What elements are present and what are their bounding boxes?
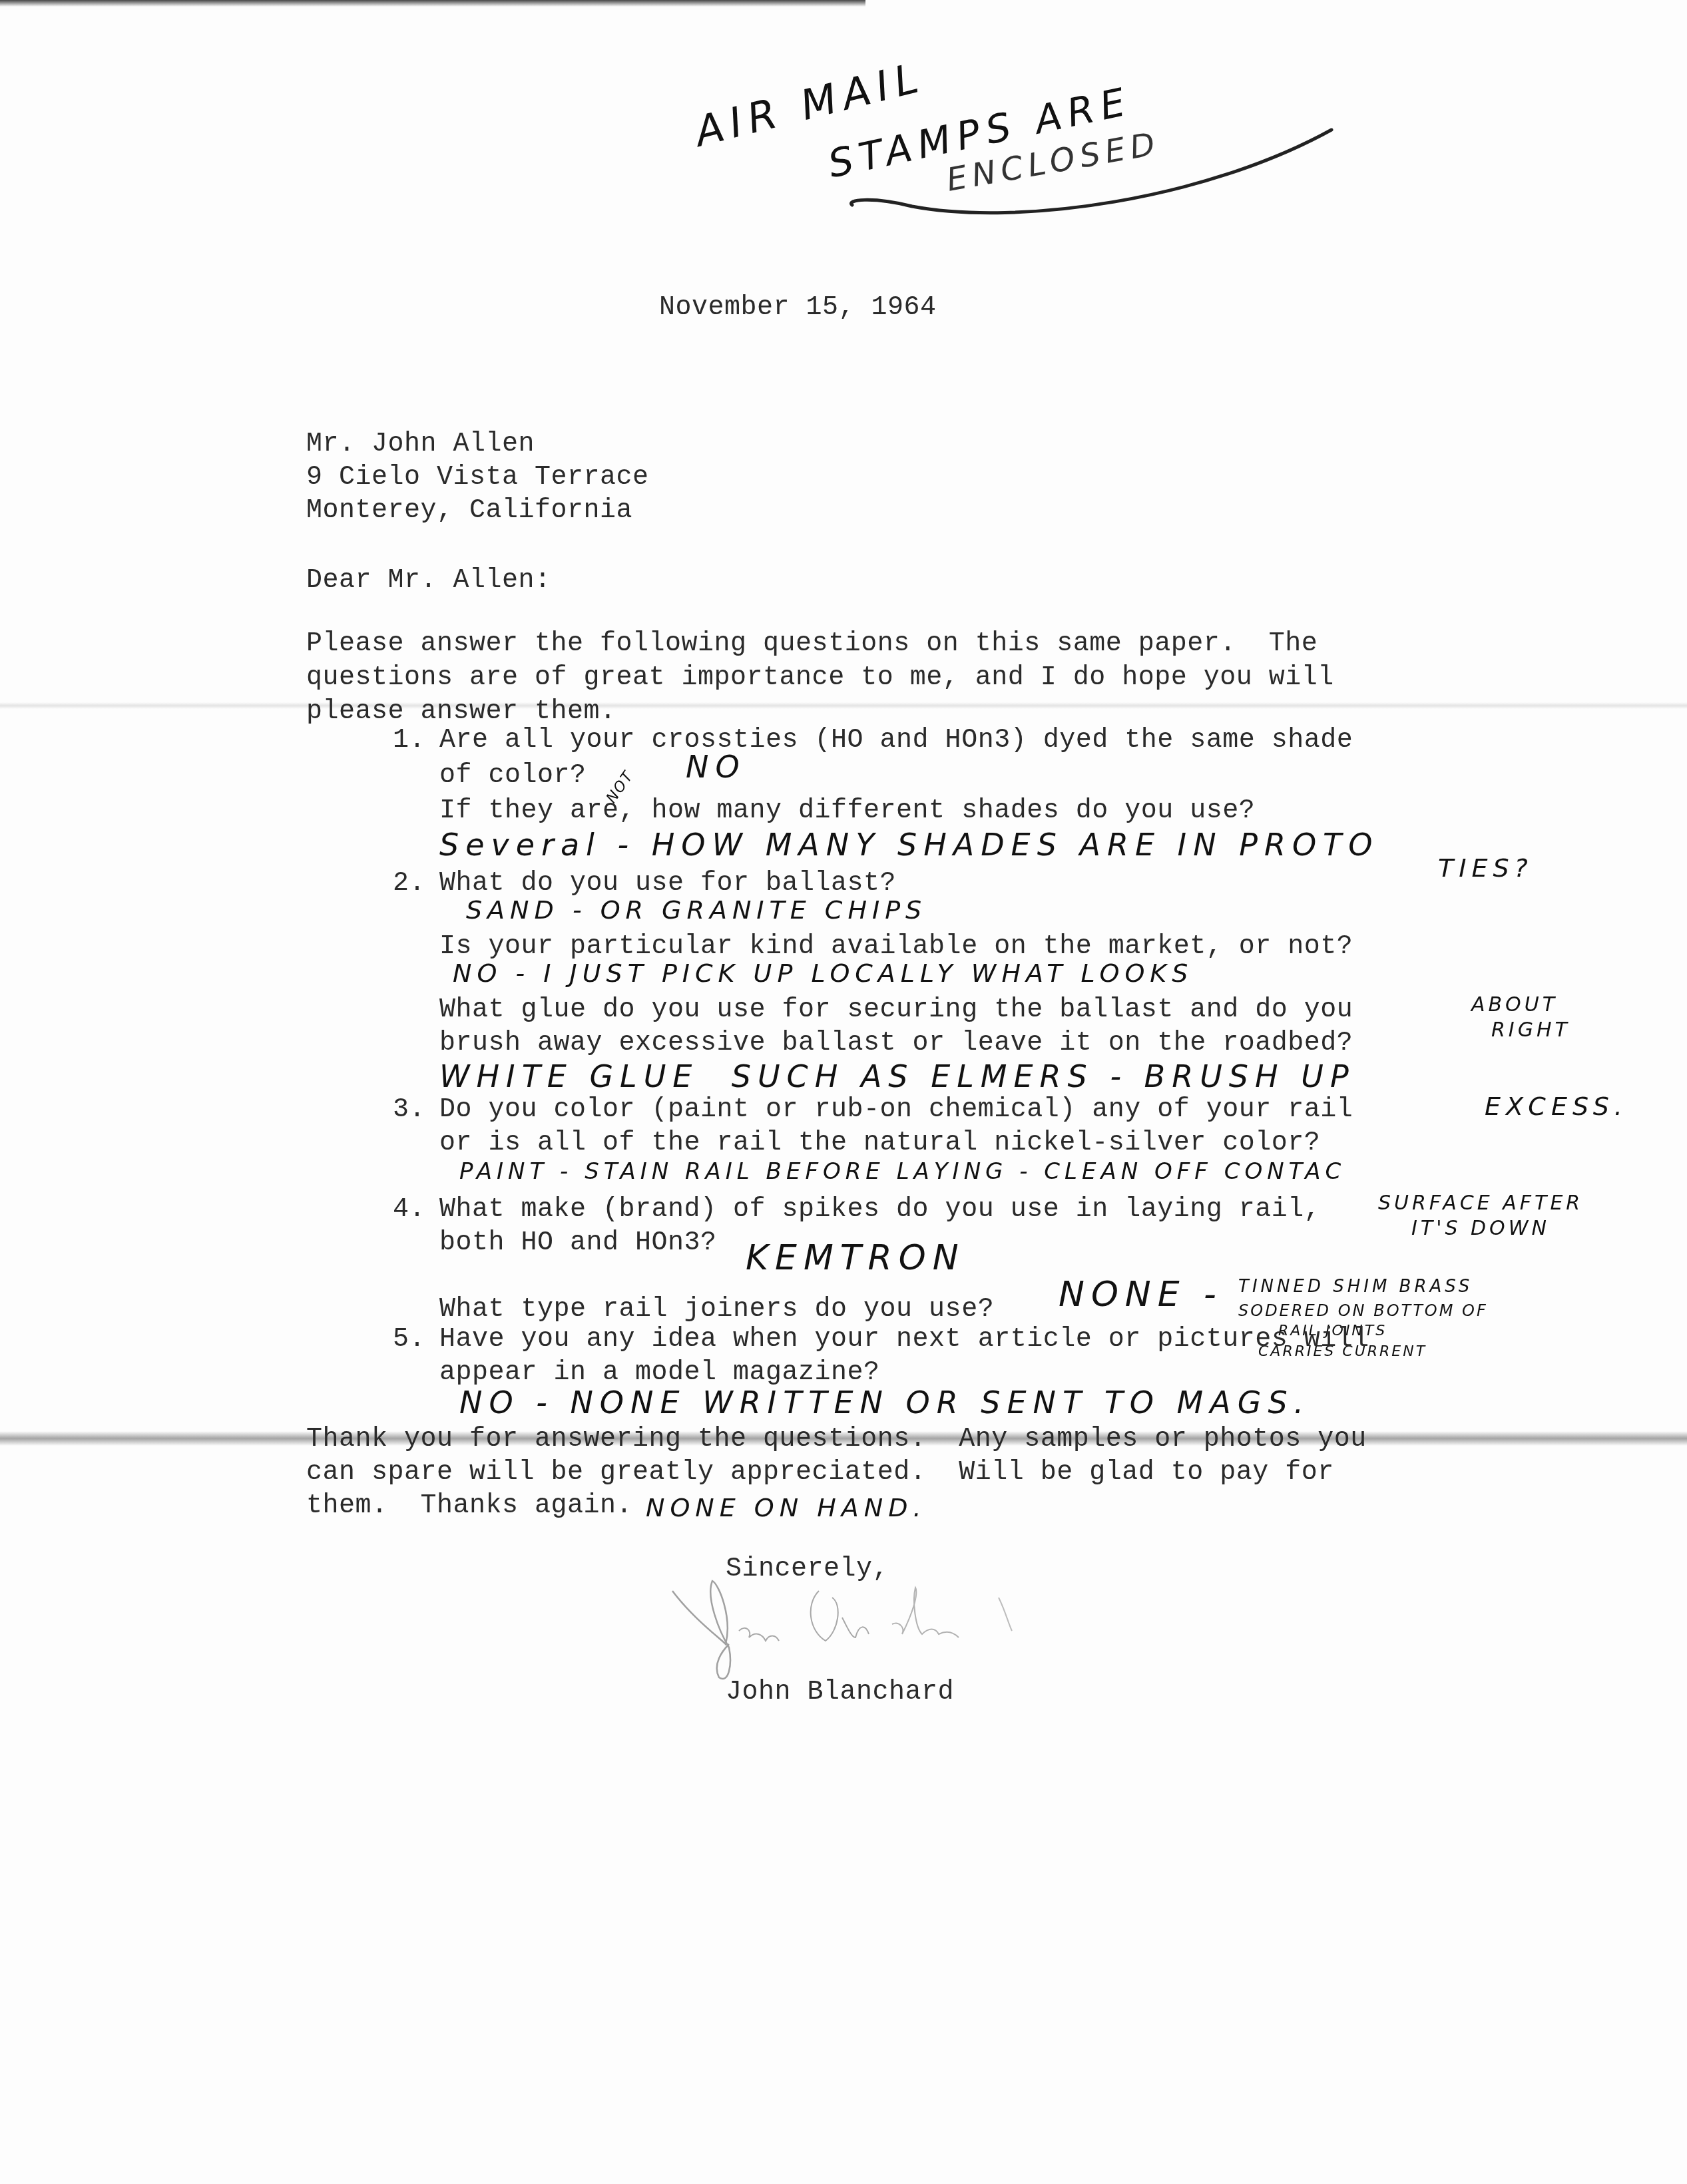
question-2-number: 2. [393,869,425,899]
answer-3: PAINT - STAIN RAIL BEFORE LAYING - CLEAN… [459,1158,1345,1185]
question-1-followup: If they are, how many different shades d… [439,796,1255,826]
question-3-number: 3. [393,1095,425,1125]
question-1-line-1: Are all your crossties (HO and HOn3) dye… [439,726,1353,756]
question-4-line-2: both HO and HOn3? [439,1228,717,1258]
recipient-city: Monterey, California [306,496,632,526]
answer-5: NO - NONE WRITTEN OR SENT TO MAGS. [459,1385,1310,1420]
question-2c-line-2: brush away excessive ballast or leave it… [439,1028,1353,1058]
answer-2b: NO - I JUST PICK UP LOCALLY WHAT LOOKS [453,959,1193,988]
answer-4b-cont-1: TINNED SHIM BRASS [1238,1277,1473,1297]
question-5-number: 5. [393,1325,425,1355]
intro-line-1: Please answer the following questions on… [306,629,1318,659]
closing-line-2: can spare will be greatly appreciated. W… [306,1458,1334,1488]
answer-3-cont-1: SURFACE AFTER [1378,1192,1583,1215]
question-3-line-1: Do you color (paint or rub-on chemical) … [439,1095,1353,1125]
answer-2b-cont-1: ABOUT [1471,993,1558,1016]
recipient-street: 9 Cielo Vista Terrace [306,463,649,493]
answer-1: NO [686,749,746,785]
answer-4b: NONE - [1059,1275,1223,1315]
closing-line-1: Thank you for answering the questions. A… [306,1424,1367,1454]
handwritten-signature [666,1578,1039,1684]
closing-answer: NONE ON HAND. [646,1493,927,1522]
question-1-number: 1. [393,726,425,756]
intro-line-2: questions are of great importance to me,… [306,663,1334,693]
question-2b: Is your particular kind available on the… [439,932,1353,962]
question-2c-line-1: What glue do you use for securing the ba… [439,995,1353,1025]
answer-2b-cont-2: RIGHT [1491,1018,1570,1042]
answer-2c: WHITE GLUE SUCH AS ELMERS - BRUSH UP [439,1058,1355,1094]
answer-1-followup-cont: TIES? [1438,853,1533,883]
question-5-line-2: appear in a model magazine? [439,1358,880,1388]
answer-4b-cont-2: SODERED ON BOTTOM OF [1238,1301,1488,1320]
scan-edge-shadow [0,0,865,7]
recipient-name: Mr. John Allen [306,429,535,459]
answer-3-cont-2: IT'S DOWN [1411,1217,1550,1240]
intro-line-3: please answer them. [306,697,616,727]
answer-1-followup: Several - HOW MANY SHADES ARE IN PROTO [439,827,1379,863]
annotation-underline-stroke [739,107,1338,220]
question-3-line-2: or is all of the rail the natural nickel… [439,1128,1320,1158]
letter-date: November 15, 1964 [659,293,937,323]
letter-page: AIR MAIL STAMPS ARE ENCLOSED November 15… [0,0,1687,2184]
answer-2c-cont: EXCESS. [1485,1092,1628,1121]
question-5-line-1: Have you any idea when your next article… [439,1325,1369,1355]
question-4-number: 4. [393,1195,425,1225]
closing-line-3: them. Thanks again. [306,1491,632,1521]
question-1-line-2: of color? [439,761,587,791]
salutation: Dear Mr. Allen: [306,566,551,596]
answer-4: KEMTRON [746,1238,965,1278]
paper-fold-upper [0,702,1687,709]
answer-2: SAND - OR GRANITE CHIPS [466,895,927,925]
question-4-line-1: What make (brand) of spikes do you use i… [439,1195,1320,1225]
question-2-line-1: What do you use for ballast? [439,869,896,899]
question-4b: What type rail joiners do you use? [439,1295,994,1325]
signer-name: John Blanchard [726,1677,954,1707]
